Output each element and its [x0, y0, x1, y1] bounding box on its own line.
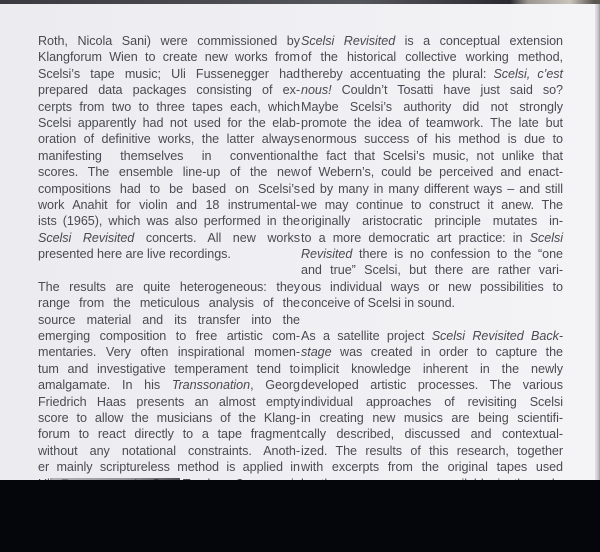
text-segment: Friedrich Haas presents an almost empty [38, 395, 300, 409]
italic-title-text: nous! [301, 83, 332, 97]
text-segment: ous individual ways or new possibilities… [301, 280, 563, 294]
text-segment: there is no confession to the “one [352, 247, 563, 261]
paragraph: Roth, Nicola Sani) were commissioned byK… [38, 33, 300, 262]
text-segment: er mainly scriptureless method is applie… [38, 460, 300, 474]
text-line: Scelsi Revisited concerts. All new works [38, 230, 300, 246]
text-segment: we may continue to construct it anew. Th… [301, 198, 563, 212]
text-segment: cerpts from two to three tapes each, whi… [38, 100, 300, 114]
italic-title-text: Revisited [301, 247, 352, 261]
text-line: er mainly scriptureless method is applie… [38, 459, 300, 475]
text-segment: Scelsi’s tape music; Uli Fussenegger had [38, 67, 300, 81]
text-line: without any notational constraints. Anot… [38, 443, 300, 459]
text-segment: enormous success of his method is due to [301, 132, 563, 146]
text-segment: of the historical collective working met… [301, 50, 563, 64]
text-segment: , Georg [250, 378, 300, 392]
text-segment: mentaries. Very often inspirational mome… [38, 345, 300, 359]
text-segment: originally aristocratic principle mutate… [301, 214, 563, 228]
text-segment: cally described, discussed and contextua… [301, 427, 563, 441]
text-line: presented here are live recordings. [38, 246, 300, 262]
text-line: forum to react directly to a tape fragme… [38, 426, 300, 442]
text-line: mentaries. Very often inspirational mome… [38, 344, 300, 360]
text-line: Scelsi Revisited is a conceptual extensi… [301, 33, 563, 49]
text-line: ized. The results of this research, toge… [301, 443, 563, 459]
text-segment: developed artistic processes. The variou… [301, 378, 563, 392]
text-segment: promote the idea of teamwork. The late b… [301, 116, 563, 130]
text-segment: was created in order to capture the [332, 345, 563, 359]
text-line: implicit knowledge inherent in the newly [301, 361, 563, 377]
text-line: stage was created in order to capture th… [301, 344, 563, 360]
italic-title-text: Scelsi Revisited [38, 231, 134, 245]
paragraph: Scelsi Revisited is a conceptual extensi… [301, 33, 563, 312]
text-line: of the historical collective working met… [301, 49, 563, 65]
page-right-edge-shadow [595, 4, 600, 480]
text-line: manifesting themselves in conventional [38, 148, 300, 164]
paragraph: The results are quite heterogeneous: the… [38, 279, 300, 480]
text-segment: and true” Scelsi, but there are rather v… [301, 263, 563, 277]
text-segment: As a satellite project [301, 329, 432, 343]
italic-title-text: Scelsi Revisited Back- [432, 329, 563, 343]
text-segment: implicit knowledge inherent in the newly [301, 362, 563, 376]
text-line: ists (1965), which was also performed in… [38, 213, 300, 229]
page-top-edge-shadow [0, 0, 600, 4]
text-line: the fact that Scelsi’s music, not unlike… [301, 148, 563, 164]
text-segment: without any notational constraints. Anot… [38, 444, 300, 458]
text-segment: manifesting themselves in conventional [38, 149, 300, 163]
black-letterbox-bar [0, 480, 600, 552]
italic-title-text: Scelsi Revisited [301, 34, 395, 48]
text-line: enormous success of his method is due to [301, 131, 563, 147]
text-segment: individual approaches of revisiting Scel… [301, 395, 563, 409]
text-segment: scores. The ensemble line-up of the new [38, 165, 300, 179]
text-line: Roth, Nicola Sani) were commissioned by [38, 33, 300, 49]
text-segment: is a conceptual extension [395, 34, 563, 48]
text-segment: Maybe Scelsi’s authority did not strongl… [301, 100, 563, 114]
text-line: The results are quite heterogeneous: the… [38, 279, 300, 295]
text-line: amalgamate. In his Transsonation, Georg [38, 377, 300, 393]
text-line: developed artistic processes. The variou… [301, 377, 563, 393]
text-line: we may continue to construct it anew. Th… [301, 197, 563, 213]
text-line: Klangforum Wien to create new works from [38, 49, 300, 65]
text-segment: The results are quite heterogeneous: the… [38, 280, 300, 294]
text-line: conceive of Scelsi in sound. [301, 295, 563, 311]
right-text-column: Scelsi Revisited is a conceptual extensi… [301, 33, 563, 480]
text-line: ous individual ways or new possibilities… [301, 279, 563, 295]
text-segment: score to allow the musicians of the Klan… [38, 411, 300, 425]
text-line: and true” Scelsi, but there are rather v… [301, 262, 563, 278]
text-segment: thereby accentuating the plural: [301, 67, 493, 81]
text-segment: work Anahit for violin and 18 instrument… [38, 198, 300, 212]
paragraph: As a satellite project Scelsi Revisited … [301, 328, 563, 480]
text-line: to a more democratic art practice: in Sc… [301, 230, 563, 246]
text-line: compositions had to be based on Scelsi’s [38, 181, 300, 197]
text-segment: emerging composition to free artistic co… [38, 329, 300, 343]
scanned-page: Roth, Nicola Sani) were commissioned byK… [0, 0, 600, 480]
text-segment: ists (1965), which was also performed in… [38, 214, 300, 228]
text-segment: range from the meticulous analysis of th… [38, 296, 300, 310]
italic-title-text: stage [301, 345, 332, 359]
text-segment: of Webern’s, could be perceived and enac… [301, 165, 563, 179]
text-segment: Roth, Nicola Sani) were commissioned by [38, 34, 300, 48]
text-line: Scelsi apparently had not used for the e… [38, 115, 300, 131]
text-line: thereby accentuating the plural: Scelsi,… [301, 66, 563, 82]
text-line: cally described, discussed and contextua… [301, 426, 563, 442]
text-line: source material and its transfer into th… [38, 312, 300, 328]
text-line: As a satellite project Scelsi Revisited … [301, 328, 563, 344]
text-segment: the fact that Scelsi’s music, not unlike… [301, 149, 563, 163]
text-line: oration of definitive works, the latter … [38, 131, 300, 147]
text-segment: amalgamate. In his [38, 378, 172, 392]
left-text-column: Roth, Nicola Sani) were commissioned byK… [38, 33, 300, 480]
text-segment: prepared data packages consisting of ex- [38, 83, 300, 97]
text-segment: in creating new musics are being scienti… [301, 411, 563, 425]
text-line: scores. The ensemble line-up of the new [38, 164, 300, 180]
text-line: individual approaches of revisiting Scel… [301, 394, 563, 410]
text-line: tum and investigative temperament tend t… [38, 361, 300, 377]
text-line: Scelsi’s tape music; Uli Fussenegger had [38, 66, 300, 82]
text-segment: conceive of Scelsi in sound. [301, 296, 455, 310]
text-line: range from the meticulous analysis of th… [38, 295, 300, 311]
text-segment: to a more democratic art practice: in [301, 231, 530, 245]
text-segment: source material and its transfer into th… [38, 313, 300, 327]
text-segment: concerts. All new works [134, 231, 300, 245]
text-segment: ized. The results of this research, toge… [301, 444, 563, 458]
text-segment: Scelsi apparently had not used for the e… [38, 116, 300, 130]
text-line: Maybe Scelsi’s authority did not strongl… [301, 99, 563, 115]
text-line: of Webern’s, could be perceived and enac… [301, 164, 563, 180]
text-line: work Anahit for violin and 18 instrument… [38, 197, 300, 213]
text-line: Friedrich Haas presents an almost empty [38, 394, 300, 410]
text-segment: with excerpts from the original tapes us… [301, 460, 563, 474]
text-segment: tum and investigative temperament tend t… [38, 362, 300, 376]
text-segment: Couldn’t Tosatti have just said so? [332, 83, 563, 97]
text-segment: forum to react directly to a tape fragme… [38, 427, 300, 441]
text-line: nous! Couldn’t Tosatti have just said so… [301, 82, 563, 98]
text-line: originally aristocratic principle mutate… [301, 213, 563, 229]
text-line: prepared data packages consisting of ex- [38, 82, 300, 98]
text-segment: ed by many in many different ways – and … [301, 182, 563, 196]
italic-title-text: Scelsi, c’est [493, 67, 563, 81]
italic-title-text: Transsonation [172, 378, 250, 392]
text-line: emerging composition to free artistic co… [38, 328, 300, 344]
text-line: promote the idea of teamwork. The late b… [301, 115, 563, 131]
text-segment: presented here are live recordings. [38, 247, 231, 261]
text-line: Revisited there is no confession to the … [301, 246, 563, 262]
text-line: in creating new musics are being scienti… [301, 410, 563, 426]
text-line: with excerpts from the original tapes us… [301, 459, 563, 475]
text-segment: Klangforum Wien to create new works from [38, 50, 300, 64]
text-segment: oration of definitive works, the latter … [38, 132, 300, 146]
text-line: ed by many in many different ways – and … [301, 181, 563, 197]
text-segment: compositions had to be based on Scelsi’s [38, 182, 300, 196]
italic-title-text: Scelsi [530, 231, 563, 245]
text-line: cerpts from two to three tapes each, whi… [38, 99, 300, 115]
text-line: score to allow the musicians of the Klan… [38, 410, 300, 426]
